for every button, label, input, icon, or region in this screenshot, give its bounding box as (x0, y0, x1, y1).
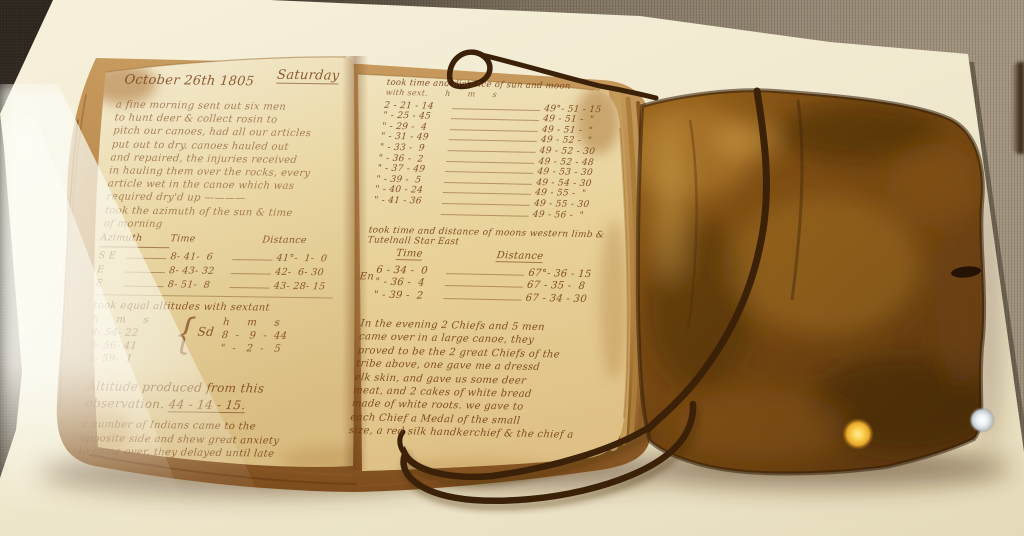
light-reflection-white (969, 407, 995, 433)
manuscript-line: " - 2 - 5 (220, 342, 287, 356)
column-header-time: Time (396, 248, 424, 261)
display-edge-object (1012, 62, 1024, 154)
entry-paragraph-evening: In the evening 2 Chiefs and 5 men came o… (348, 317, 611, 443)
journal-date: October 26th 1805 (124, 73, 255, 90)
manuscript-line: 8 - 9 - 44 (221, 329, 288, 343)
journal-day: Saturday (276, 68, 340, 85)
row-label: En (359, 271, 375, 282)
right-page: took time and distance of sun and moon w… (343, 76, 638, 476)
column-header-time: Time (169, 233, 263, 249)
hms-header: h m s (222, 316, 289, 330)
light-reflection-yellow (842, 418, 874, 450)
lunar-distance-table: took time and distance of sun and moon w… (372, 78, 627, 221)
column-header-distance: Distance (261, 235, 307, 251)
entry-paragraph-1: a fine morning sent out six men to hunt … (103, 98, 364, 233)
sd-label: Sd (194, 325, 215, 367)
museum-display-photo: October 26th 1805 Saturday a fine mornin… (0, 0, 1024, 536)
manuscript-line: of morning (103, 217, 352, 234)
column-header-distance: Distance (496, 250, 544, 263)
star-distance-table: took time and distance of moons western … (361, 225, 615, 304)
leather-cover (623, 90, 1000, 473)
